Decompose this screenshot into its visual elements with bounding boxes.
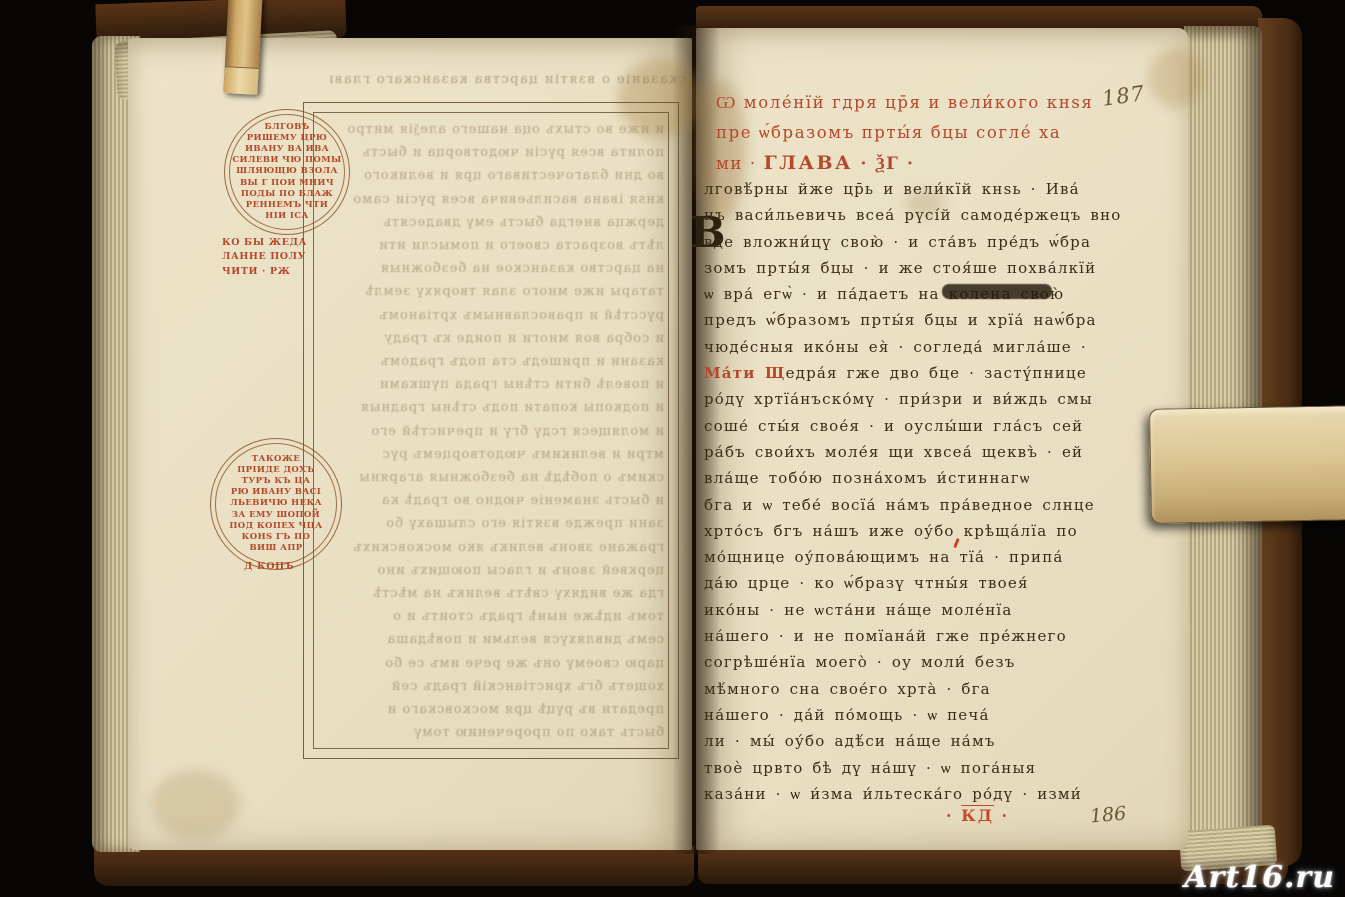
quire-letters: КД xyxy=(961,806,994,825)
folio-number-bottom-right: 186 xyxy=(1089,802,1127,827)
body-text-line: ѡ вра́ егѡ̀ · и па́даетъ на колена свою̀ xyxy=(704,281,1178,307)
medallion-inner-ring: ТАКОЖЕПРІИДЕ ДОХЪТУРЪ КЪ ЦАРЮ ИВАНУ ВАСІ… xyxy=(215,443,337,565)
bleed-through-line: зани прежде взятія его слышахү бо xyxy=(322,512,664,535)
body-text-line: на́шего · и не помїана́й гже пре́жнего xyxy=(704,623,1178,649)
chapter-number: · ѮГ · xyxy=(853,154,915,174)
photograph-of-open-manuscript: сказаніе о взятіи царства казанскаго гла… xyxy=(0,0,1345,897)
body-text-line: твоѐ црвто бѣ дү на́шү · ѡ пога́ныя xyxy=(704,755,1178,781)
bleed-through-margin-line: сказаніе о взятіи царства казанскаго гла… xyxy=(330,72,686,87)
site-watermark: Art16.ru xyxy=(1184,860,1335,895)
bleed-through-line: предати въ рүцѣ цря московскаго и xyxy=(322,698,664,721)
marginal-medallion-annotation-1: БЛГОВѢРИШЕМУ ЦРЮИВАНУ ВА ИВАСИЛЕВИ ЧЮ ПО… xyxy=(224,109,350,235)
bleed-through-line: татары иже много злая творяхү землѣ xyxy=(322,280,664,303)
red-inline-rubric: Ма́ти Щ xyxy=(704,364,786,382)
medallion-text-line: РЕННЕМЪ ЧТИ xyxy=(232,200,341,211)
medallion-text-line: ЛЬЕВИЧЮ НЕКА xyxy=(229,498,322,509)
stain xyxy=(150,770,240,840)
bleed-through-line: мтри и великимъ чюдотворцемъ рүс xyxy=(322,443,664,466)
wooden-bookmark-stick xyxy=(223,0,262,95)
caption-line: Д КОПЪ xyxy=(244,560,294,574)
body-text-line: нъ васи́льевичь всеа́ рүсі́й самоде́ржец… xyxy=(704,202,1178,228)
medallion-text-line: ЗА ЕМУ ШОПОЙ xyxy=(229,510,322,521)
bleed-through-line: и молящеся гсдү бгү и пречистѣй его xyxy=(322,420,664,443)
medallion-text-line: ВИШ АПР xyxy=(229,543,322,554)
bleed-through-line: гда же видяхү свѣтъ великъ на мѣстѣ xyxy=(322,582,664,605)
medallion-inner-ring: БЛГОВѢРИШЕМУ ЦРЮИВАНУ ВА ИВАСИЛЕВИ ЧЮ ПО… xyxy=(229,114,345,230)
medallion-text-line: ШЛЯЮЩЮ ВЗОЛА xyxy=(232,166,341,177)
manuscript-body-text: лговѣ́рны йже цр̄ь и вели́кїй кнѕь · Ива… xyxy=(704,176,1178,807)
bleed-through-line: и собра воя многи и поиде къ граду xyxy=(322,327,664,350)
body-text-line: ра́бъ свои́хъ моле́я щи хвсеа́ щеквъ̀ · … xyxy=(704,439,1178,465)
body-text-line: мѣ́много сна свое́го хрта̀ · бга xyxy=(704,676,1178,702)
medallion-text-line: КОНЅ ГЪ ПО xyxy=(229,532,322,543)
medallion-text-line: ПОДЫ ПО БЛАЖ xyxy=(232,189,341,200)
body-text-line: бга и ѡ тебе́ восїа́ на́мъ пра́ведное сл… xyxy=(704,492,1178,518)
caption-line: КО БЫ ЖЕДА xyxy=(222,236,307,250)
bleed-through-line: во дни благочестиваго цря и великого xyxy=(322,164,664,187)
bleed-through-line: полита всея рүсіи чюдотворца и бысть xyxy=(322,141,664,164)
bleed-through-line: и подкопы копати подъ стѣны градныя xyxy=(322,396,664,419)
heading-line-1: Ѡ моле́нїй гдря цр̄я и вели́кого кнѕя xyxy=(716,88,1116,118)
quire-dot: · xyxy=(946,806,954,825)
bleed-through-line: церквей звонъ и гласы поющихъ ино xyxy=(322,559,664,582)
chapter-label: ГЛАВА xyxy=(764,152,853,174)
wooden-paddle-ruler xyxy=(1149,405,1345,523)
body-text-line: согрѣше́нїа моего̀ · оу моли́ безъ xyxy=(704,649,1178,675)
bleed-through-line: лѣтъ возраста своего и помысли ити xyxy=(322,234,664,257)
bleed-through-line: и повелѣ бити стѣны града пүшками xyxy=(322,373,664,396)
bleed-through-line: томъ идѣже нынѣ градъ стоитъ и о xyxy=(322,605,664,628)
bleed-through-line: держца внегда бысть емү двадесять xyxy=(322,211,664,234)
bleed-through-line: и иже во стыхъ оца нашего алеѯія митро xyxy=(322,118,664,141)
medallion-text-line: СИЛЕВИ ЧЮ ПОМЫ xyxy=(232,155,341,166)
bleed-through-line: семъ дивляхүся вельми и повѣдаша xyxy=(322,628,664,651)
medallion-text-line: ТАКОЖЕ xyxy=(229,454,322,465)
medallion-text-line: ВЫ Г ПОИ МНИЧ xyxy=(232,178,341,189)
bleed-through-line: рүсстѣй и православнымъ хртіаномъ xyxy=(322,304,664,327)
body-text-line: лговѣ́рны йже цр̄ь и вели́кїй кнѕь · Ива… xyxy=(704,176,1178,202)
body-text-line: предъ ѡ́бразомъ прты́я бцы и хрїа́ наѡ́б… xyxy=(704,307,1178,333)
wooden-stick-tip xyxy=(223,66,258,95)
bleed-through-text-block: и иже во стыхъ оца нашего алеѯія митропо… xyxy=(322,118,664,744)
medallion-text-line: ПОД КОПЕХ ЧЦА xyxy=(229,521,322,532)
heading-line-3: ми · ГЛАВА · ѮГ · xyxy=(716,148,1116,179)
medallion-1-caption: КО БЫ ЖЕДАЛАННЕ ПОЛУЧИТИ · РЖ xyxy=(222,236,307,279)
medallion-text-line: ИВАНУ ВА ИВА xyxy=(232,144,341,155)
caption-line: ЛАННЕ ПОЛУ xyxy=(222,250,307,264)
medallion-text-line: ПРІИДЕ ДОХЪ xyxy=(229,465,322,476)
medallion-2-caption: Д КОПЪ xyxy=(244,560,294,574)
medallion-2-red-text: ТАКОЖЕПРІИДЕ ДОХЪТУРЪ КЪ ЦАРЮ ИВАНУ ВАСІ… xyxy=(229,454,322,553)
body-text-line: да́ю црце · ко ѡ́бразү чтны́я твоея́ xyxy=(704,570,1178,596)
medallion-text-line: РИШЕМУ ЦРЮ xyxy=(232,133,341,144)
bleed-through-line: гражане звонъ великъ яко московскихъ xyxy=(322,536,664,559)
stain xyxy=(1148,48,1204,108)
bleed-through-line: казани и пришедъ ста подъ градомъ xyxy=(322,350,664,373)
heading-line-3-prefix: ми · xyxy=(716,154,764,173)
quire-dot: · xyxy=(1002,806,1010,825)
body-text-line: чюде́сныя ико́ны ея̀ · согледа́ мигла́ше… xyxy=(704,334,1178,360)
ink-smudge-correction xyxy=(942,284,1052,299)
body-text-line: ро́дү хртїа́нъско́мү · при́зри и ви́ждь … xyxy=(704,386,1178,412)
body-text-line: ико́ны · не ѡста́ни на́ще моле́нїа xyxy=(704,597,1178,623)
body-text-line: ли · мы́ оу́бо адѣ́си на́ще на́мъ xyxy=(704,728,1178,754)
bleed-through-line: кнѕя івана васильевича всея рүсіи само xyxy=(322,188,664,211)
body-text-line: хрто́съ бгъ на́шъ иже оу́бо крѣща́лїа по xyxy=(704,518,1178,544)
body-text-line: вла́ще тобо́ю позна́хомъ и́стиннагѡ xyxy=(704,465,1178,491)
marginal-medallion-annotation-2: ТАКОЖЕПРІИДЕ ДОХЪТУРЪ КЪ ЦАРЮ ИВАНУ ВАСІ… xyxy=(210,438,342,570)
bleed-through-line: царю своемү онъ же рече имъ се бо xyxy=(322,652,664,675)
quire-signature-mark: · КД · xyxy=(946,806,1009,825)
bleed-through-line: хощетъ бгъ христіанскій градъ сей xyxy=(322,675,664,698)
medallion-text-line: НІИ ІСА xyxy=(232,211,341,222)
body-text-line: зомъ прты́я бцы · и же стоя́ше похва́лкї… xyxy=(704,255,1178,281)
bleed-through-line: на царство казанское на безбожныя xyxy=(322,257,664,280)
body-text-line: мо́щнице оу́пова́ющимъ на тїа́ · припа́ xyxy=(704,544,1178,570)
medallion-text-line: БЛГОВѢ xyxy=(232,122,341,133)
bleed-through-line: бысть тако по проречению томү xyxy=(322,721,664,744)
body-text-line: на́шего · да́й по́мощь · ѡ печа́ xyxy=(704,702,1178,728)
body-text-line: соше́ сты́я свое́я · и оуслы́ши гла́съ с… xyxy=(704,413,1178,439)
medallion-1-red-text: БЛГОВѢРИШЕМУ ЦРЮИВАНУ ВА ИВАСИЛЕВИ ЧЮ ПО… xyxy=(232,122,341,221)
bleed-through-line: и бысть знаменіе чюдно во градѣ ка xyxy=(322,489,664,512)
caption-line: ЧИТИ · РЖ xyxy=(222,265,307,279)
medallion-text-line: РЮ ИВАНУ ВАСІ xyxy=(229,487,322,498)
leather-binding-bottom-left xyxy=(94,846,694,886)
red-rubric-heading: Ѡ моле́нїй гдря цр̄я и вели́кого кнѕя пр… xyxy=(716,88,1116,179)
bleed-through-line: скимъ о побѣдѣ на безбожныя агаряны xyxy=(322,466,664,489)
body-text-line: Ма́ти Щедра́я гже дво бце · застү́пнице xyxy=(704,360,1178,386)
body-text-line: вде вложни́цү свою̀ · и ста́въ пре́дъ ѡ́… xyxy=(704,229,1178,255)
heading-line-2: пре ѡ́бразомъ прты́я бцы согле́ ха xyxy=(716,118,1116,148)
medallion-text-line: ТУРЪ КЪ ЦА xyxy=(229,476,322,487)
